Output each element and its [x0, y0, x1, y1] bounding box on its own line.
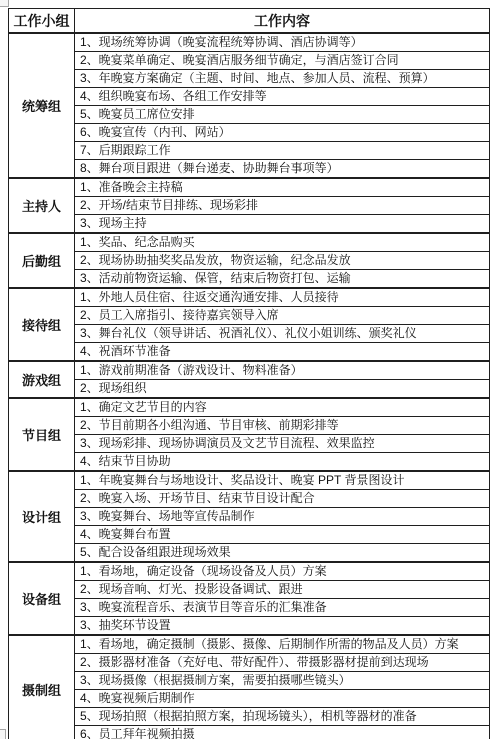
task-cell: 2、晚宴入场、开场节目、结束节目设计配合 [75, 490, 490, 508]
spreadsheet-corner-artifact-bottom [0, 729, 6, 739]
table-row: 7、后期跟踪工作 [9, 142, 490, 160]
table-row: 4、晚宴视频后期制作 [9, 690, 490, 708]
group-name-cell: 设计组 [9, 471, 75, 562]
table-row: 设计组1、年晚宴舞台与场地设计、奖品设计、晚宴 PPT 背景图设计 [9, 471, 490, 490]
task-cell: 3、活动前物资运输、保管，结束后物资打包、运输 [75, 270, 490, 289]
table-row: 8、舞台项目跟进（舞台递麦、协助舞台事项等） [9, 160, 490, 179]
table-row: 2、现场音响、灯光、投影设备调试、跟进 [9, 581, 490, 599]
task-cell: 4、祝酒环节准备 [75, 343, 490, 362]
task-cell: 3、现场彩排、现场协调演员及文艺节目流程、效果监控 [75, 435, 490, 453]
task-cell: 1、现场统筹协调（晚宴流程统筹协调、酒店协调等） [75, 33, 490, 52]
task-cell: 6、晚宴宣传（内刊、网站） [75, 124, 490, 142]
task-cell: 3、晚宴流程音乐、表演节目等音乐的汇集准备 [75, 599, 490, 617]
task-cell: 4、结束节目协助 [75, 453, 490, 472]
table-row: 3、活动前物资运输、保管，结束后物资打包、运输 [9, 270, 490, 289]
work-assignments-table: 工作小组 工作内容 统筹组1、现场统筹协调（晚宴流程统筹协调、酒店协调等）2、晚… [8, 8, 490, 739]
task-cell: 3、抽奖环节设置 [75, 617, 490, 636]
table-row: 4、结束节目协助 [9, 453, 490, 472]
task-cell: 2、摄影器材准备（充好电、带好配件）、带摄影器材提前到达现场 [75, 654, 490, 672]
task-cell: 6、员工拜年视频拍摄 [75, 726, 490, 739]
spreadsheet-corner-artifact-top [0, 0, 9, 7]
table-row: 4、组织晚宴布场、各组工作安排等 [9, 88, 490, 106]
table-row: 3、晚宴流程音乐、表演节目等音乐的汇集准备 [9, 599, 490, 617]
task-cell: 2、晚宴菜单确定、晚宴酒店服务细节确定，与酒店签订合同 [75, 52, 490, 70]
task-cell: 3、舞台礼仪（领导讲话、祝酒礼仪）、礼仪小姐训练、颁奖礼仪 [75, 325, 490, 343]
table-row: 2、节目前期各小组沟通、节目审核、前期彩排等 [9, 417, 490, 435]
table-row: 3、抽奖环节设置 [9, 617, 490, 636]
table-row: 主持人1、准备晚会主持稿 [9, 178, 490, 197]
task-cell: 5、晚宴员工席位安排 [75, 106, 490, 124]
group-name-cell: 接待组 [9, 288, 75, 361]
task-cell: 1、年晚宴舞台与场地设计、奖品设计、晚宴 PPT 背景图设计 [75, 471, 490, 490]
task-cell: 7、后期跟踪工作 [75, 142, 490, 160]
task-cell: 3、年晚宴方案确定（主题、时间、地点、参加人员、流程、预算） [75, 70, 490, 88]
group-name-cell: 游戏组 [9, 361, 75, 398]
group-name-cell: 设备组 [9, 562, 75, 635]
table-row: 游戏组1、游戏前期准备（游戏设计、物料准备） [9, 361, 490, 380]
task-cell: 1、准备晚会主持稿 [75, 178, 490, 197]
table-row: 6、员工拜年视频拍摄 [9, 726, 490, 739]
task-cell: 1、确定文艺节目的内容 [75, 398, 490, 417]
task-cell: 3、现场主持 [75, 215, 490, 234]
table-row: 3、年晚宴方案确定（主题、时间、地点、参加人员、流程、预算） [9, 70, 490, 88]
task-cell: 2、开场/结束节目排练、现场彩排 [75, 197, 490, 215]
table-row: 2、员工入席指引、接待嘉宾领导入席 [9, 307, 490, 325]
task-cell: 5、现场拍照（根据拍照方案，拍现场镜头），相机等器材的准备 [75, 708, 490, 726]
table-row: 5、配合设备组跟进现场效果 [9, 544, 490, 563]
task-cell: 5、配合设备组跟进现场效果 [75, 544, 490, 563]
task-cell: 3、现场摄像（根据摄制方案，需要拍摄哪些镜头） [75, 672, 490, 690]
table-row: 接待组1、外地人员住宿、往返交通沟通安排、人员接待 [9, 288, 490, 307]
task-cell: 1、奖品、纪念品购买 [75, 233, 490, 252]
column-header-work-content: 工作内容 [75, 9, 490, 34]
table-row: 2、摄影器材准备（充好电、带好配件）、带摄影器材提前到达现场 [9, 654, 490, 672]
table-row: 摄制组1、看场地，确定摄制（摄影、摄像、后期制作所需的物品及人员）方案 [9, 635, 490, 654]
task-cell: 2、现场协助抽奖奖品发放，物资运输，纪念品发放 [75, 252, 490, 270]
table-row: 4、祝酒环节准备 [9, 343, 490, 362]
task-cell: 4、晚宴舞台布置 [75, 526, 490, 544]
task-cell: 2、节目前期各小组沟通、节目审核、前期彩排等 [75, 417, 490, 435]
group-name-cell: 后勤组 [9, 233, 75, 288]
task-cell: 4、晚宴视频后期制作 [75, 690, 490, 708]
task-cell: 2、现场组织 [75, 380, 490, 399]
table-row: 统筹组1、现场统筹协调（晚宴流程统筹协调、酒店协调等） [9, 33, 490, 52]
table-row: 2、现场组织 [9, 380, 490, 399]
column-header-work-group: 工作小组 [9, 9, 75, 34]
table-row: 2、开场/结束节目排练、现场彩排 [9, 197, 490, 215]
table-row: 2、晚宴菜单确定、晚宴酒店服务细节确定，与酒店签订合同 [9, 52, 490, 70]
group-name-cell: 主持人 [9, 178, 75, 233]
task-cell: 2、现场音响、灯光、投影设备调试、跟进 [75, 581, 490, 599]
task-cell: 4、组织晚宴布场、各组工作安排等 [75, 88, 490, 106]
table-row: 3、现场主持 [9, 215, 490, 234]
task-cell: 1、外地人员住宿、往返交通沟通安排、人员接待 [75, 288, 490, 307]
header-row: 工作小组 工作内容 [9, 9, 490, 34]
document-page: 工作小组 工作内容 统筹组1、现场统筹协调（晚宴流程统筹协调、酒店协调等）2、晚… [0, 0, 500, 739]
task-cell: 2、员工入席指引、接待嘉宾领导入席 [75, 307, 490, 325]
table-row: 5、晚宴员工席位安排 [9, 106, 490, 124]
table-row: 设备组1、看场地，确定设备（现场设备及人员）方案 [9, 562, 490, 581]
task-cell: 1、看场地，确定摄制（摄影、摄像、后期制作所需的物品及人员）方案 [75, 635, 490, 654]
task-cell: 1、游戏前期准备（游戏设计、物料准备） [75, 361, 490, 380]
group-name-cell: 摄制组 [9, 635, 75, 739]
group-name-cell: 统筹组 [9, 33, 75, 178]
group-name-cell: 节目组 [9, 398, 75, 471]
task-cell: 8、舞台项目跟进（舞台递麦、协助舞台事项等） [75, 160, 490, 179]
table-row: 3、现场摄像（根据摄制方案，需要拍摄哪些镜头） [9, 672, 490, 690]
table-row: 4、晚宴舞台布置 [9, 526, 490, 544]
task-cell: 3、晚宴舞台、场地等宣传品制作 [75, 508, 490, 526]
table-row: 3、晚宴舞台、场地等宣传品制作 [9, 508, 490, 526]
table-row: 节目组1、确定文艺节目的内容 [9, 398, 490, 417]
table-body: 统筹组1、现场统筹协调（晚宴流程统筹协调、酒店协调等）2、晚宴菜单确定、晚宴酒店… [9, 33, 490, 739]
table-row: 3、现场彩排、现场协调演员及文艺节目流程、效果监控 [9, 435, 490, 453]
table-row: 2、晚宴入场、开场节目、结束节目设计配合 [9, 490, 490, 508]
table-row: 后勤组1、奖品、纪念品购买 [9, 233, 490, 252]
table-row: 5、现场拍照（根据拍照方案，拍现场镜头），相机等器材的准备 [9, 708, 490, 726]
table-row: 3、舞台礼仪（领导讲话、祝酒礼仪）、礼仪小姐训练、颁奖礼仪 [9, 325, 490, 343]
task-cell: 1、看场地，确定设备（现场设备及人员）方案 [75, 562, 490, 581]
table-row: 6、晚宴宣传（内刊、网站） [9, 124, 490, 142]
table-row: 2、现场协助抽奖奖品发放，物资运输，纪念品发放 [9, 252, 490, 270]
